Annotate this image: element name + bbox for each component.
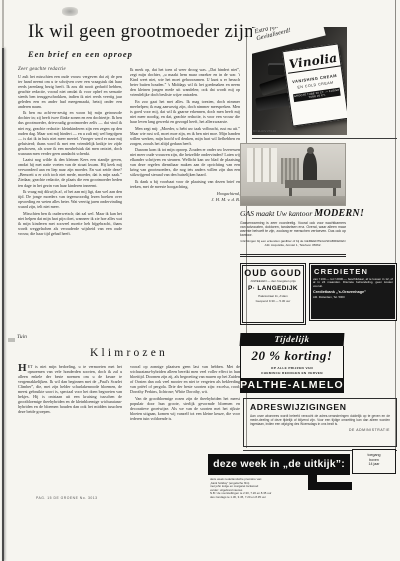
vinolia-ad: Extra fijn Gevitaliseerd! Vinolia VANISH… — [252, 27, 347, 135]
letter-signoff: Hoogachtend, — [130, 191, 240, 196]
drop-cap: H — [18, 364, 27, 373]
article-title: Ik wil geen grootmoeder zijn — [28, 22, 254, 43]
garden-paragraph: Van de grootbloemige rozen zijn de theeh… — [130, 396, 240, 421]
letter-paragraph: Ik vraag mij dikwijls af, of het aan mij… — [18, 189, 122, 209]
uitkijk-banner: deze week in „de uitkijk”: — [208, 454, 350, 475]
magazine-page: Ik wil geen grootmoeder zijn Een brief e… — [0, 0, 400, 561]
man-head-image — [307, 147, 314, 154]
garden-paragraph: vooral op zonnige plaatsen geen last van… — [130, 364, 240, 394]
garden-article-title: Klimrozen — [18, 347, 240, 359]
ink-smudge — [8, 338, 15, 342]
page-binding-edge-top — [2, 0, 4, 48]
desk-image — [285, 180, 341, 188]
uitkijk-decorative-l-shape — [308, 482, 352, 490]
oud-goud-ad: OUD GOUD JUWEELEN — den hoogsten prijs P… — [240, 263, 306, 325]
palthe-brand-band: PALTHE-ALMELO — [240, 378, 344, 393]
credieten-title: CREDIETEN — [314, 267, 393, 276]
letter-paragraph: U zult het misschien een oude vrouw verg… — [18, 74, 122, 109]
gas-contact-text: Inlichtingen bij een erkenden gasfitter … — [240, 240, 346, 248]
vinolia-label-card: Vinolia VANISHING CREAM EN COLD CREAM GR… — [282, 43, 347, 126]
letter-paragraph: Ik merk op, dat het toen al weer droog w… — [130, 67, 240, 97]
credieten-bank-name: Credietbank „'s-Gravenhage” — [313, 290, 393, 294]
letter-paragraph: Misschien ben ik ouderwetsch; dat zal we… — [18, 211, 122, 236]
oud-goud-title: OUD GOUD — [243, 268, 303, 278]
credieten-footer: Afd. Rotterdam, Tel. 5000 — [313, 295, 393, 299]
vinolia-price-strip: GROOTE TUBE 50 CT. — KLEINE TUBE 25 CT. — [293, 87, 341, 101]
credieten-ad: CREDIETEN van f 100.— tot f 2000.— besch… — [309, 263, 397, 321]
jeweler-hours: Geopend 9.30 — 5.30 uur — [243, 299, 303, 303]
uitkijk-program-text: deze week nederlandsche première van: „b… — [210, 478, 306, 500]
gas-headline: GAS maakt Uw kantoor MODERN! — [240, 208, 346, 219]
palthe-discount-text: 20 % korting! — [241, 348, 343, 364]
uitkijk-age-notice: toegang boven 14 jaar — [352, 449, 396, 474]
floor-image — [241, 196, 345, 206]
cream-jar-image — [268, 65, 284, 75]
gas-body-text: Gasverwarming is zeer voordeelig. Vooral… — [240, 221, 346, 238]
ink-smudge — [62, 7, 78, 16]
letter-signature: J. H. M. v. d. B. — [130, 197, 240, 202]
oud-goud-subtitle: JUWEELEN — den hoogsten prijs — [243, 279, 303, 283]
garden-paragraph-text: ET is niet mijn bedoeling, u te vermoeie… — [18, 364, 122, 414]
gas-ad: GAS maakt Uw kantoor MODERN! Gasverwarmi… — [240, 143, 346, 257]
letter-paragraph: Ik ben nu acht-en-zestig en woon bij mij… — [18, 110, 122, 155]
adreswijzigingen-notice: ADRESWIJZIGINGEN Aan onze abonnees wordt… — [243, 398, 397, 447]
adreswijzigingen-body: Aan onze abonnees wordt beleefd verzocht… — [250, 414, 390, 426]
letter-paragraph: Daarom kom ik tot mijn oproep. Zouden er… — [130, 147, 240, 177]
vinolia-brand-logo: Vinolia — [286, 51, 340, 74]
gas-headline-text: GAS maakt Uw kantoor — [240, 209, 314, 218]
office-photo — [240, 143, 346, 206]
palthe-sub-line1: OP ALLE PRIJZEN VAN — [241, 366, 343, 370]
palthe-middle: 20 % korting! OP ALLE PRIJZEN VAN CHEMIS… — [240, 346, 344, 378]
letter-paragraph: Ik dank u bij voorbaat voor de plaatsing… — [130, 179, 240, 189]
section-label-tuin: Tuin — [17, 334, 27, 340]
garden-column-1: HET is niet mijn bedoeling, u te vermoei… — [18, 364, 122, 492]
letter-column-1: Zeer geachte redactie U zult het misschi… — [18, 67, 122, 330]
gas-headline-emphasis: MODERN! — [314, 208, 364, 219]
page-footer-folio: PAG. 15 DE GROENE No. 3013 — [36, 496, 98, 500]
letter-paragraph: En zoo gaat het met alles. Ik mag toezie… — [130, 99, 240, 124]
ad-code-text: RV EH-DV 273-04 — [253, 129, 276, 133]
article-subtitle: Een brief en een oproep — [28, 49, 133, 59]
palthe-ad: Tijdelijk 20 % korting! OP ALLE PRIJZEN … — [240, 333, 344, 393]
letter-salutation: Zeer geachte redactie — [18, 67, 122, 72]
page-binding-edge — [2, 48, 4, 561]
letter-paragraph: Men zegt mij: „Moeder, u hebt uw taak vo… — [130, 126, 240, 146]
letter-column-2: Ik merk op, dat het toen al weer droog w… — [130, 67, 240, 330]
credieten-body: van f 100.— tot f 2000.— beschikbaar, af… — [313, 278, 393, 289]
palthe-sub-line2: CHEMISCH REINIGEN EN VERVEN — [241, 371, 343, 375]
jeweler-name: P· LANGEDIJK — [243, 285, 303, 292]
horizontal-rule — [252, 138, 397, 139]
jeweler-address: Paleisstraat 11, A'dam — [243, 294, 303, 298]
adreswijzigingen-signature: DE ADMINISTRATIE — [250, 428, 390, 432]
palthe-band-top: Tijdelijk — [240, 333, 345, 346]
window-image — [247, 148, 277, 182]
letter-paragraph: Laatst nog wilde ik den kleinen Kees een… — [18, 157, 122, 187]
garden-paragraph: HET is niet mijn bedoeling, u te vermoei… — [18, 364, 122, 414]
adreswijzigingen-title: ADRESWIJZIGINGEN — [250, 402, 390, 412]
